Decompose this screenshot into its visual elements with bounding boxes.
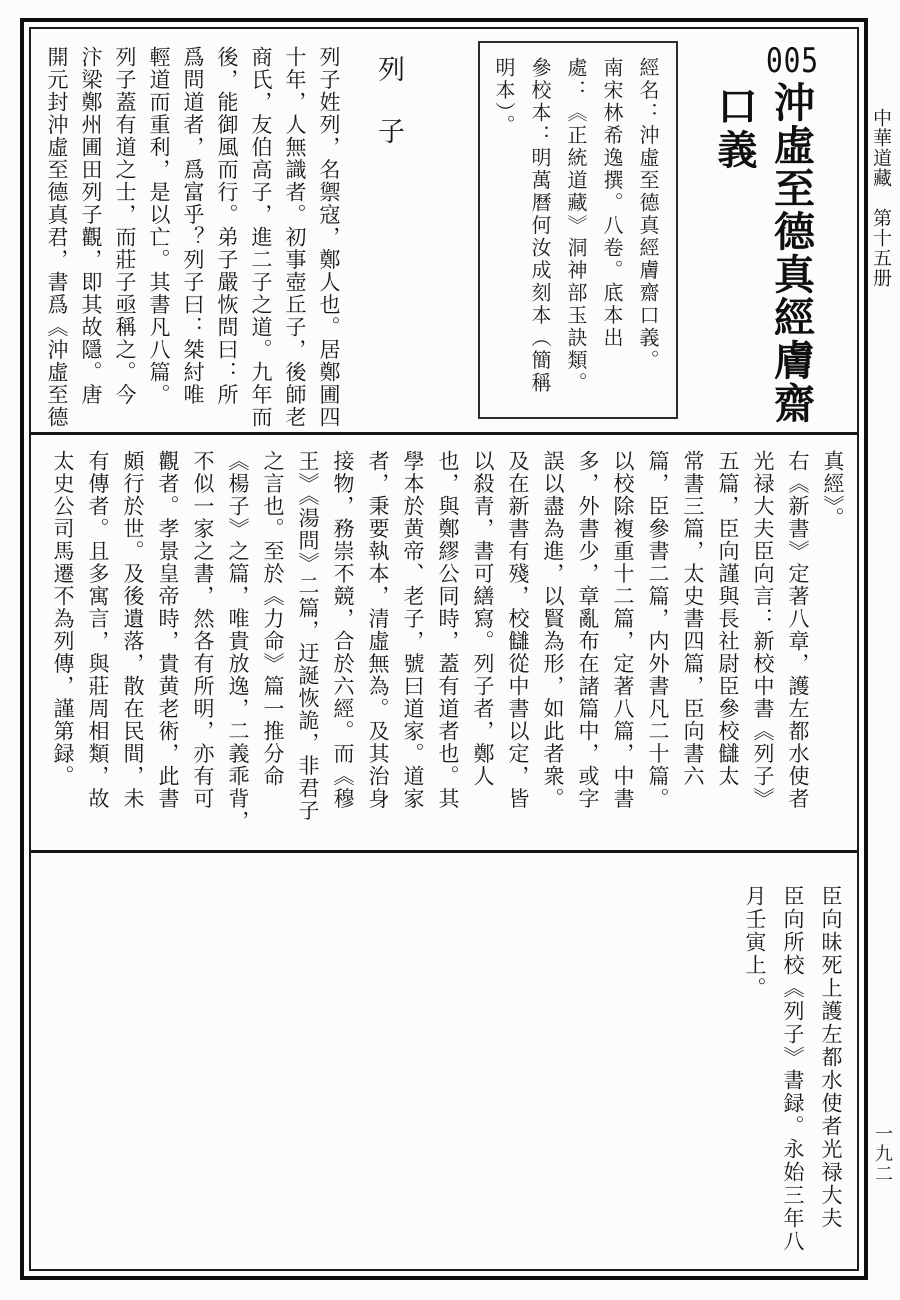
serial-number: 005 bbox=[766, 41, 819, 81]
preface-column: 也，與鄭繆公同時，蓋有道者也。其 bbox=[430, 450, 465, 843]
preface-column: 接物，務崇不競，合於六經。而《穆 bbox=[325, 450, 360, 843]
memorial-column: 臣向昧死上護左都水使者光禄大夫 bbox=[812, 885, 850, 1265]
preface-column: 學本於黄帝、老子，號曰道家。道家 bbox=[395, 450, 430, 843]
intro-column: 輕道而重利，是以亡。其書凡八篇。 bbox=[142, 46, 176, 434]
preface-column: 光禄大夫臣向言：新校中書《列子》 bbox=[745, 450, 780, 843]
section-divider bbox=[31, 850, 857, 853]
preface-column: 篇，臣參書二篇，内外書凡二十篇。 bbox=[640, 450, 675, 843]
preface-continuation: 真經》。 bbox=[815, 450, 850, 843]
colophon-text: 經名：沖虛至德真經膚齋口義。 南宋林希逸撰。八卷。底本出 處：《正統道藏》洞神部… bbox=[486, 57, 666, 409]
page-number: 一九二 bbox=[869, 1124, 895, 1204]
inner-frame: 005 沖虛至德真經膚齋 口義 經名：沖虛至德真經膚齋口義。 南宋林希逸撰。八卷… bbox=[29, 27, 859, 1271]
memorial-column: 臣向所校《列子》書録。永始三年八 bbox=[774, 885, 812, 1265]
preface-column: 王》《湯問》二篇，迂誕恢詭，非君子 bbox=[290, 450, 325, 843]
intro-column: 列子蓋有道之士，而莊子亟稱之。今 bbox=[108, 46, 142, 434]
outer-frame: 005 沖虛至德真經膚齋 口義 經名：沖虛至德真經膚齋口義。 南宋林希逸撰。八卷… bbox=[20, 18, 868, 1280]
intro-column: 十年，人無識者。初事壺丘子，後師老 bbox=[278, 46, 312, 434]
preface-column: 右《新書》定著八章，護左都水使者 bbox=[780, 450, 815, 843]
preface-column: 誤以盡為進，以賢為形，如此者衆。 bbox=[535, 450, 570, 843]
preface-paragraph: 真經》。 右《新書》定著八章，護左都水使者 光禄大夫臣向言：新校中書《列子》 五… bbox=[37, 450, 850, 843]
intro-column: 汴梁鄭州圃田列子觀，即其故隱。唐 bbox=[74, 46, 108, 434]
intro-column: 列子姓列，名禦寇，鄭人也。居鄭圃四 bbox=[312, 46, 346, 434]
preface-column: 有傳者。且多寓言，與莊周相類，故 bbox=[80, 450, 115, 843]
section-divider bbox=[31, 432, 857, 435]
preface-column: 之言也。至於《力命》篇一推分命 bbox=[255, 450, 290, 843]
intro-paragraph: 列子姓列，名禦寇，鄭人也。居鄭圃四 十年，人無識者。初事壺丘子，後師老 商氏，友… bbox=[39, 46, 346, 434]
section-heading-liezi: 列 子 bbox=[369, 55, 408, 205]
colophon-line: 參校本：明萬曆何汝成刻本（簡稱 bbox=[522, 57, 558, 409]
volume-label: 中華道藏 第十五册 bbox=[868, 108, 895, 328]
preface-column: 以殺青，書可繕寫。列子者，鄭人 bbox=[465, 450, 500, 843]
preface-column: 頗行於世。及後遺落，散在民間，未 bbox=[115, 450, 150, 843]
intro-column: 商氏，友伯高子，進二子之道。九年而 bbox=[244, 46, 278, 434]
preface-column: 不似一家之書，然各有所明，亦有可 bbox=[185, 450, 220, 843]
preface-column: 太史公司馬遷不為列傳，謹第録。 bbox=[45, 450, 80, 843]
colophon-line: 南宋林希逸撰。八卷。底本出 bbox=[594, 57, 630, 409]
main-title: 沖虛至德真經膚齋 bbox=[762, 81, 821, 441]
preface-column: 五篇，臣向謹與長社尉臣參校讎太 bbox=[710, 450, 745, 843]
colophon-line: 明本）。 bbox=[486, 57, 522, 409]
memorial-paragraph: 臣向昧死上護左都水使者光禄大夫 臣向所校《列子》書録。永始三年八 月壬寅上。 bbox=[37, 885, 850, 1265]
memorial-column: 月壬寅上。 bbox=[736, 885, 774, 1265]
colophon-box: 經名：沖虛至德真經膚齋口義。 南宋林希逸撰。八卷。底本出 處：《正統道藏》洞神部… bbox=[478, 41, 678, 419]
preface-column: 《楊子》之篇，唯貴放逸，二義乖背， bbox=[220, 450, 255, 843]
title-block: 005 沖虛至德真經膚齋 口義 bbox=[676, 37, 854, 447]
intro-column: 爲問道者，爲富乎？列子曰：桀紂唯 bbox=[176, 46, 210, 434]
page-content: 005 沖虛至德真經膚齋 口義 經名：沖虛至德真經膚齋口義。 南宋林希逸撰。八卷… bbox=[31, 29, 857, 1269]
preface-column: 者，秉要執本，清虛無為。及其治身 bbox=[360, 450, 395, 843]
preface-column: 多，外書少，章亂布在諸篇中，或字 bbox=[570, 450, 605, 843]
preface-column: 以校除複重十二篇，定著八篇，中書 bbox=[605, 450, 640, 843]
subtitle: 口義 bbox=[706, 85, 763, 205]
preface-column: 常書三篇，太史書四篇，臣向書六 bbox=[675, 450, 710, 843]
colophon-line: 經名：沖虛至德真經膚齋口義。 bbox=[630, 57, 666, 409]
preface-column: 及在新書有殘，校讎從中書以定，皆 bbox=[500, 450, 535, 843]
preface-column: 觀者。孝景皇帝時，貴黄老術，此書 bbox=[150, 450, 185, 843]
colophon-line: 處：《正統道藏》洞神部玉訣類。 bbox=[558, 57, 594, 409]
intro-column: 後，能御風而行。弟子嚴恢問曰：所 bbox=[210, 46, 244, 434]
intro-column: 開元封沖虛至德真君，書爲《沖虛至德 bbox=[40, 46, 74, 434]
